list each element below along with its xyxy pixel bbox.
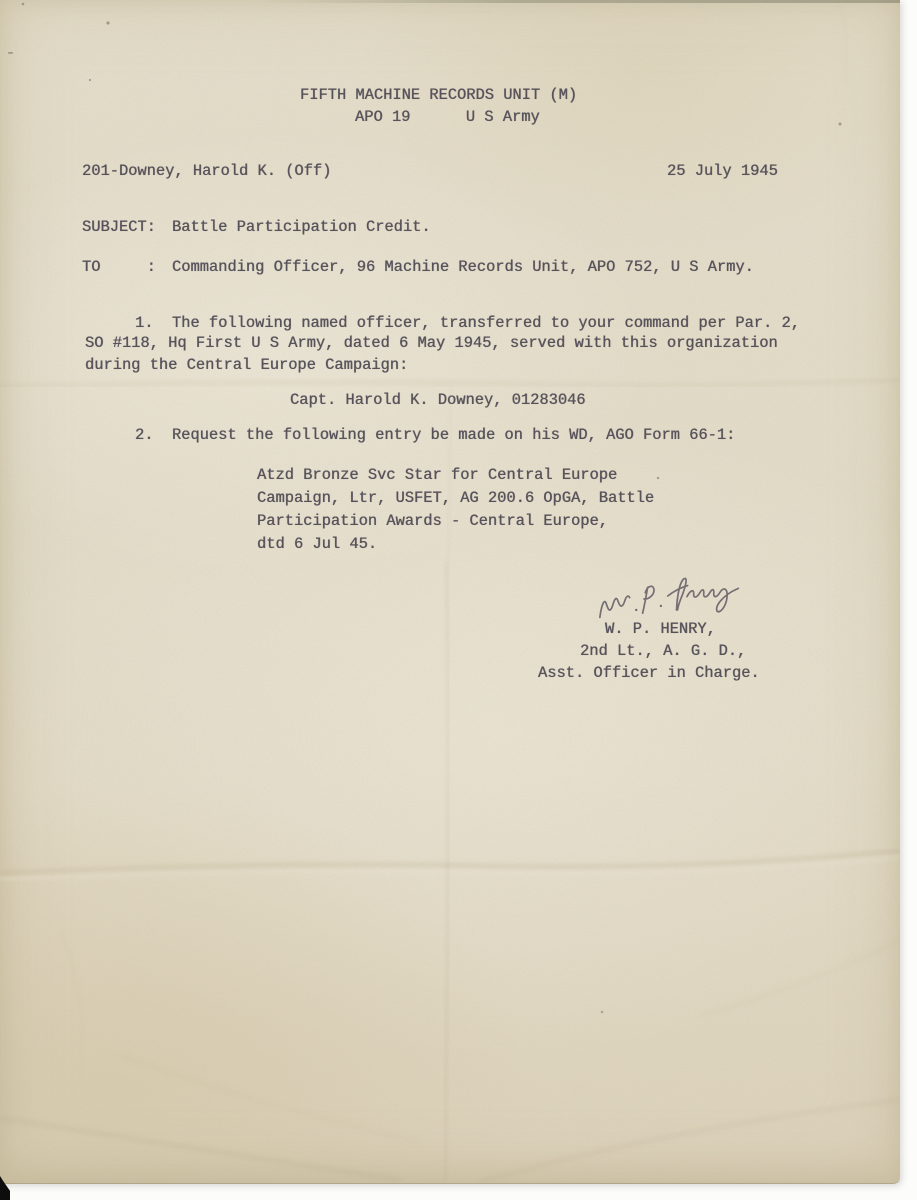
to-text: Commanding Officer, 96 Machine Records U… [172, 259, 754, 276]
award-entry-line: Atzd Bronze Svc Star for Central Europe [257, 467, 617, 484]
letterhead-unit-line: FIFTH MACHINE RECORDS UNIT (M) [300, 87, 577, 104]
scan-background: FIFTH MACHINE RECORDS UNIT (M) APO 19 U … [0, 0, 917, 1200]
signature-handwriting: W. P. Henry [588, 572, 748, 624]
award-entry-line: Campaign, Ltr, USFET, AG 200.6 OpGA, Bat… [257, 490, 654, 507]
letterhead-apo-line: APO 19 U S Army [355, 109, 540, 126]
scan-edge-shadow [260, 0, 900, 3]
subject-text: Battle Participation Credit. [172, 219, 431, 236]
subject-label: SUBJECT: [82, 219, 156, 236]
date-line: 25 July 1945 [667, 163, 778, 180]
paragraph-1-line: 1. The following named officer, transfer… [135, 315, 800, 332]
to-label: TO : [82, 259, 156, 276]
award-entry-line: Participation Awards - Central Europe, [257, 513, 608, 530]
signatory-rank: 2nd Lt., A. G. D., [580, 643, 746, 660]
signature-ink-strokes [588, 572, 748, 624]
signatory-title: Asst. Officer in Charge. [538, 665, 760, 682]
award-entry-line: dtd 6 Jul 45. [257, 536, 377, 553]
paragraph-2-line: 2. Request the following entry be made o… [135, 427, 735, 444]
file-reference: 201-Downey, Harold K. (Off) [82, 163, 331, 180]
officer-name-line: Capt. Harold K. Downey, 01283046 [290, 392, 586, 409]
paper-specks [8, 3, 842, 1014]
paragraph-1-line: SO #118, Hq First U S Army, dated 6 May … [85, 335, 778, 352]
paragraph-1-line: during the Central Europe Campaign: [85, 357, 408, 374]
paper-sheet: FIFTH MACHINE RECORDS UNIT (M) APO 19 U … [0, 0, 900, 1184]
signatory-name: W. P. HENRY, [605, 621, 716, 638]
